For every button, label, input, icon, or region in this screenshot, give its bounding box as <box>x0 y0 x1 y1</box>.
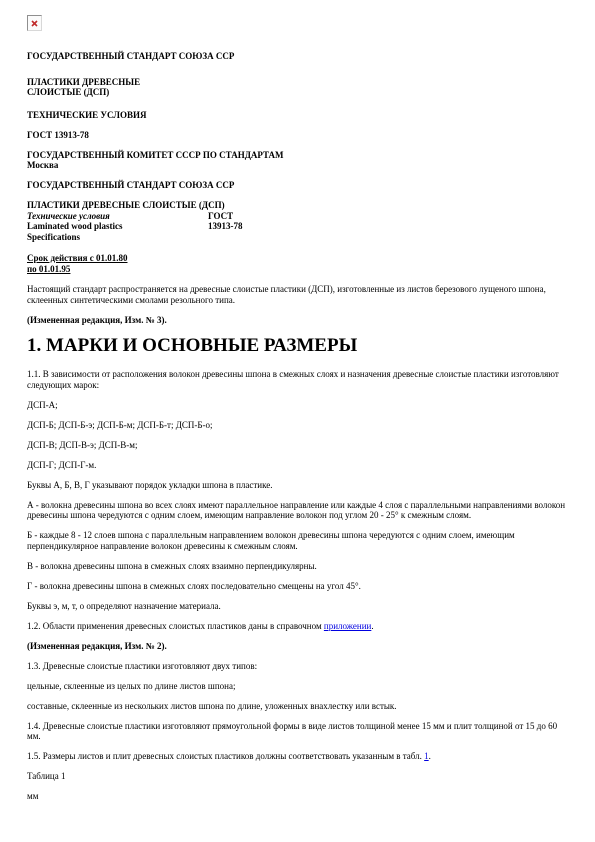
appendix-link[interactable]: приложении <box>324 621 371 631</box>
doc-subject-line1: ПЛАСТИКИ ДРЕВЕСНЫЕ <box>27 77 567 88</box>
paragraph-1-2-text: 1.2. Области применения древесных слоист… <box>27 621 324 631</box>
paragraph-1-4: 1.4. Древесные слоистые пластики изготов… <box>27 721 567 742</box>
letters-purpose-note: Буквы э, м, т, о определяют назначение м… <box>27 601 567 612</box>
committee-city: Москва <box>27 160 567 171</box>
paragraph-1-1: 1.1. В зависимости от расположения волок… <box>27 369 567 390</box>
product-subtitle-ru: Технические условия <box>27 211 567 222</box>
validity-to: по 01.01.95 <box>27 264 567 275</box>
gost-code-label: ГОСТ <box>208 211 243 222</box>
paragraph-1-5: 1.5. Размеры листов и плит древесных сло… <box>27 751 567 762</box>
letter-a-description: А - волокна древесины шпона во всех слоя… <box>27 500 567 521</box>
section-1-heading: 1. МАРКИ И ОСНОВНЫЕ РАЗМЕРЫ <box>27 335 567 357</box>
validity-from: Срок действия с 01.01.80 <box>27 253 567 264</box>
mark-list-item: ДСП-Б; ДСП-Б-э; ДСП-Б-м; ДСП-Б-т; ДСП-Б-… <box>27 420 567 431</box>
table-caption: Таблица 1 <box>27 771 567 782</box>
gost-code-number: 13913-78 <box>208 221 243 232</box>
letter-g-description: Г - волокна древесины шпона в смежных сл… <box>27 581 567 592</box>
doc-subject: ПЛАСТИКИ ДРЕВЕСНЫЕСЛОИСТЫЕ (ДСП) <box>27 77 567 98</box>
standard-header-block: ПЛАСТИКИ ДРЕВЕСНЫЕ СЛОИСТЫЕ (ДСП) Технич… <box>27 200 567 242</box>
letter-b-description: Б - каждые 8 - 12 слоев шпона с параллел… <box>27 530 567 551</box>
committee-block: ГОСУДАРСТВЕННЫЙ КОМИТЕТ СССР ПО СТАНДАРТ… <box>27 150 567 171</box>
paragraph-1-3-solid: цельные, склеенные из целых по длине лис… <box>27 681 567 692</box>
doc-tech-conditions: ТЕХНИЧЕСКИЕ УСЛОВИЯ <box>27 110 567 121</box>
standard-title-repeat: ГОСУДАРСТВЕННЫЙ СТАНДАРТ СОЮЗА ССР <box>27 180 567 191</box>
mark-list-item: ДСП-Г; ДСП-Г-м. <box>27 460 567 471</box>
doc-gost-number: ГОСТ 13913-78 <box>27 130 567 141</box>
committee-name: ГОСУДАРСТВЕННЫЙ КОМИТЕТ СССР ПО СТАНДАРТ… <box>27 150 567 161</box>
validity-dates: Срок действия с 01.01.80по 01.01.95 <box>27 253 567 274</box>
product-title-en: Laminated wood plastics <box>27 221 567 232</box>
paragraph-1-5-end: . <box>429 751 431 761</box>
paragraph-1-3: 1.3. Древесные слоистые пластики изготов… <box>27 661 567 672</box>
doc-subject-line2: СЛОИСТЫЕ (ДСП) <box>27 87 567 98</box>
red-x-glyph <box>31 20 38 27</box>
product-title-ru: ПЛАСТИКИ ДРЕВЕСНЫЕ СЛОИСТЫЕ (ДСП) <box>27 200 567 211</box>
broken-image-icon <box>27 15 42 31</box>
intro-paragraph: Настоящий стандарт распространяется на д… <box>27 284 567 305</box>
mark-list-item: ДСП-А; <box>27 400 567 411</box>
paragraph-1-2-end: . <box>371 621 373 631</box>
product-subtitle-en: Specifications <box>27 232 567 243</box>
paragraph-1-3-composite: составные, склеенные из нескольких листо… <box>27 701 567 712</box>
amendment-note-3: (Измененная редакция, Изм. № 3). <box>27 315 567 326</box>
paragraph-1-2: 1.2. Области применения древесных слоист… <box>27 621 567 632</box>
doc-top-title: ГОСУДАРСТВЕННЫЙ СТАНДАРТ СОЮЗА ССР <box>27 51 567 62</box>
table-unit-label: мм <box>27 791 567 802</box>
gost-code-box: ГОСТ 13913-78 <box>208 211 243 232</box>
letter-v-description: В - волокна древесины шпона в смежных сл… <box>27 561 567 572</box>
document-page: ГОСУДАРСТВЕННЫЙ СТАНДАРТ СОЮЗА ССР ПЛАСТ… <box>0 0 595 842</box>
paragraph-1-5-text: 1.5. Размеры листов и плит древесных сло… <box>27 751 424 761</box>
letters-order-note: Буквы А, Б, В, Г указывают порядок уклад… <box>27 480 567 491</box>
amendment-note-2: (Измененная редакция, Изм. № 2). <box>27 641 567 652</box>
mark-list-item: ДСП-В; ДСП-В-э; ДСП-В-м; <box>27 440 567 451</box>
